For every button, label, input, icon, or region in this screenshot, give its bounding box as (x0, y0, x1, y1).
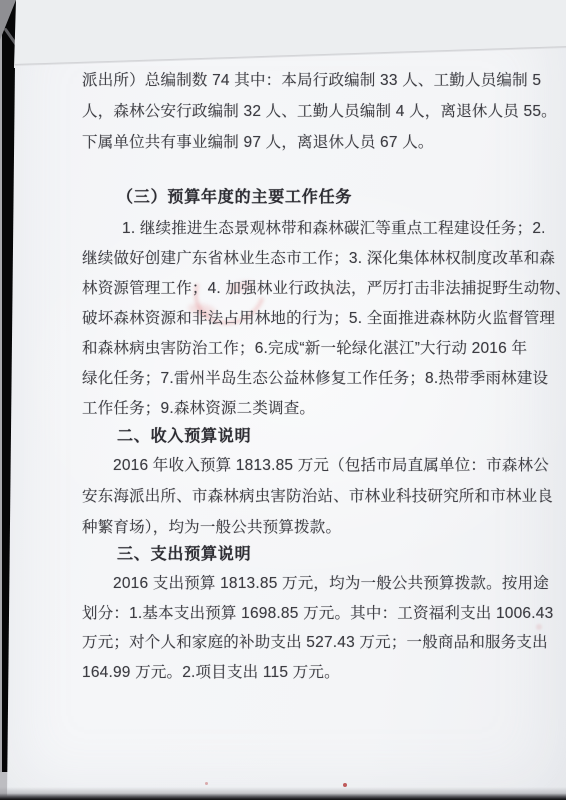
document-text-line: 继续做好创建广东省林业生态市工作；3. 深化集体林权制度改革和森 (82, 248, 555, 270)
document-text-line: 工作任务；9.森林资源二类调查。 (82, 398, 315, 420)
document-text-line: 164.99 万元。2.项目支出 115 万元。 (82, 662, 340, 684)
document-text-line: 林资源管理工作；4. 加强林业行政执法，严厉打击非法捕捉野生动物、 (82, 278, 566, 300)
document-text-line: 破坏森林资源和非法占用林地的行为；5. 全面推进森林防火监督管理 (82, 308, 555, 330)
document-text-line: 1. 继续推进生态景观林带和森林碳汇等重点工程建设任务；2. (122, 218, 546, 240)
scanner-bottom-shadow (0, 787, 566, 800)
document-text-line: 派出所）总编制数 74 其中：本局行政编制 33 人、工勤人员编制 5 (82, 70, 541, 92)
document-text-line: 绿化任务；7.雷州半岛生态公益林修复工作任务；8.热带季雨林建设 (82, 368, 548, 390)
document-heading: （三）预算年度的主要工作任务 (117, 187, 352, 209)
document-text-line: 万元；对个人和家庭的补助支出 527.43 万元；一般商品和服务支出 (82, 632, 548, 654)
document-text-line: 2016 年收入预算 1813.85 万元（包括市局直属单位：市森林公 (113, 455, 549, 477)
document-text-line: 2016 支出预算 1813.85 万元，均为一般公共预算拨款。按用途 (113, 573, 549, 595)
document-text-line: 安东海派出所、市森林病虫害防治站、市林业科技研究所和市林业良 (82, 486, 553, 508)
document-text-layer: 派出所）总编制数 74 其中：本局行政编制 33 人、工勤人员编制 5人，森林公… (0, 0, 566, 800)
document-text-line: 划分：1.基本支出预算 1698.85 万元。其中：工资福利支出 1006.43 (82, 603, 553, 625)
document-text-line: 种繁育场），均为一般公共预算拨款。 (82, 517, 341, 539)
document-heading: 二、收入预算说明 (117, 426, 251, 448)
document-text-line: 和森林病虫害防治工作；6.完成“新一轮绿化湛江”大行动 2016 年 (82, 338, 527, 360)
document-text-line: 人，森林公安行政编制 32 人、工勤人员编制 4 人，离退休人员 55。 (82, 101, 557, 123)
scanned-document-screenshot: 派出所）总编制数 74 其中：本局行政编制 33 人、工勤人员编制 5人，森林公… (0, 0, 566, 800)
document-text-line: 下属单位共有事业编制 97 人，离退休人员 67 人。 (82, 132, 434, 154)
document-heading: 三、支出预算说明 (117, 544, 251, 566)
